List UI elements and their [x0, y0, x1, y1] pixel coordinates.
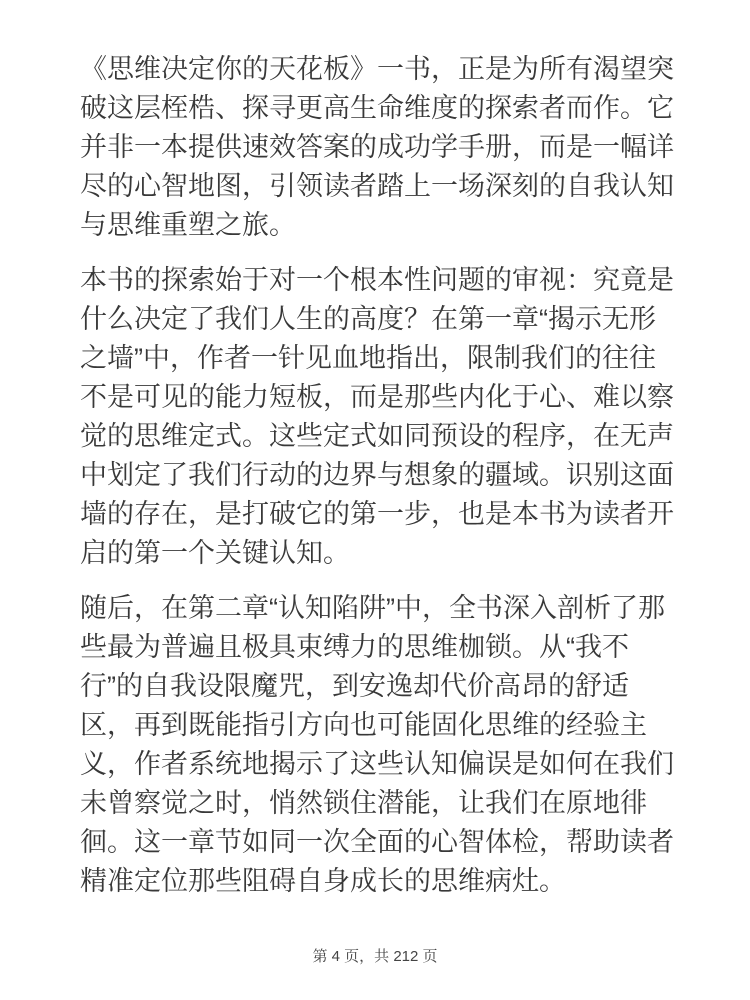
paragraph-2: 本书的探索始于对一个根本性问题的审视：究竟是什么决定了我们人生的高度？在第一章“…: [80, 261, 676, 573]
paragraph-1: 《思维决定你的天花板》一书，正是为所有渴望突破这层桎梏、探寻更高生命维度的探索者…: [80, 50, 676, 245]
page-content: 《思维决定你的天花板》一书，正是为所有渴望突破这层桎梏、探寻更高生命维度的探索者…: [80, 50, 676, 917]
page-footer: 第 4 页，共 212 页: [0, 948, 750, 966]
document-page: 《思维决定你的天花板》一书，正是为所有渴望突破这层桎梏、探寻更高生命维度的探索者…: [0, 0, 750, 1000]
paragraph-3: 随后，在第二章“认知陷阱”中，全书深入剖析了那些最为普遍且极具束缚力的思维枷锁。…: [80, 589, 676, 901]
page-number-label: 第 4 页，共 212 页: [312, 948, 437, 965]
